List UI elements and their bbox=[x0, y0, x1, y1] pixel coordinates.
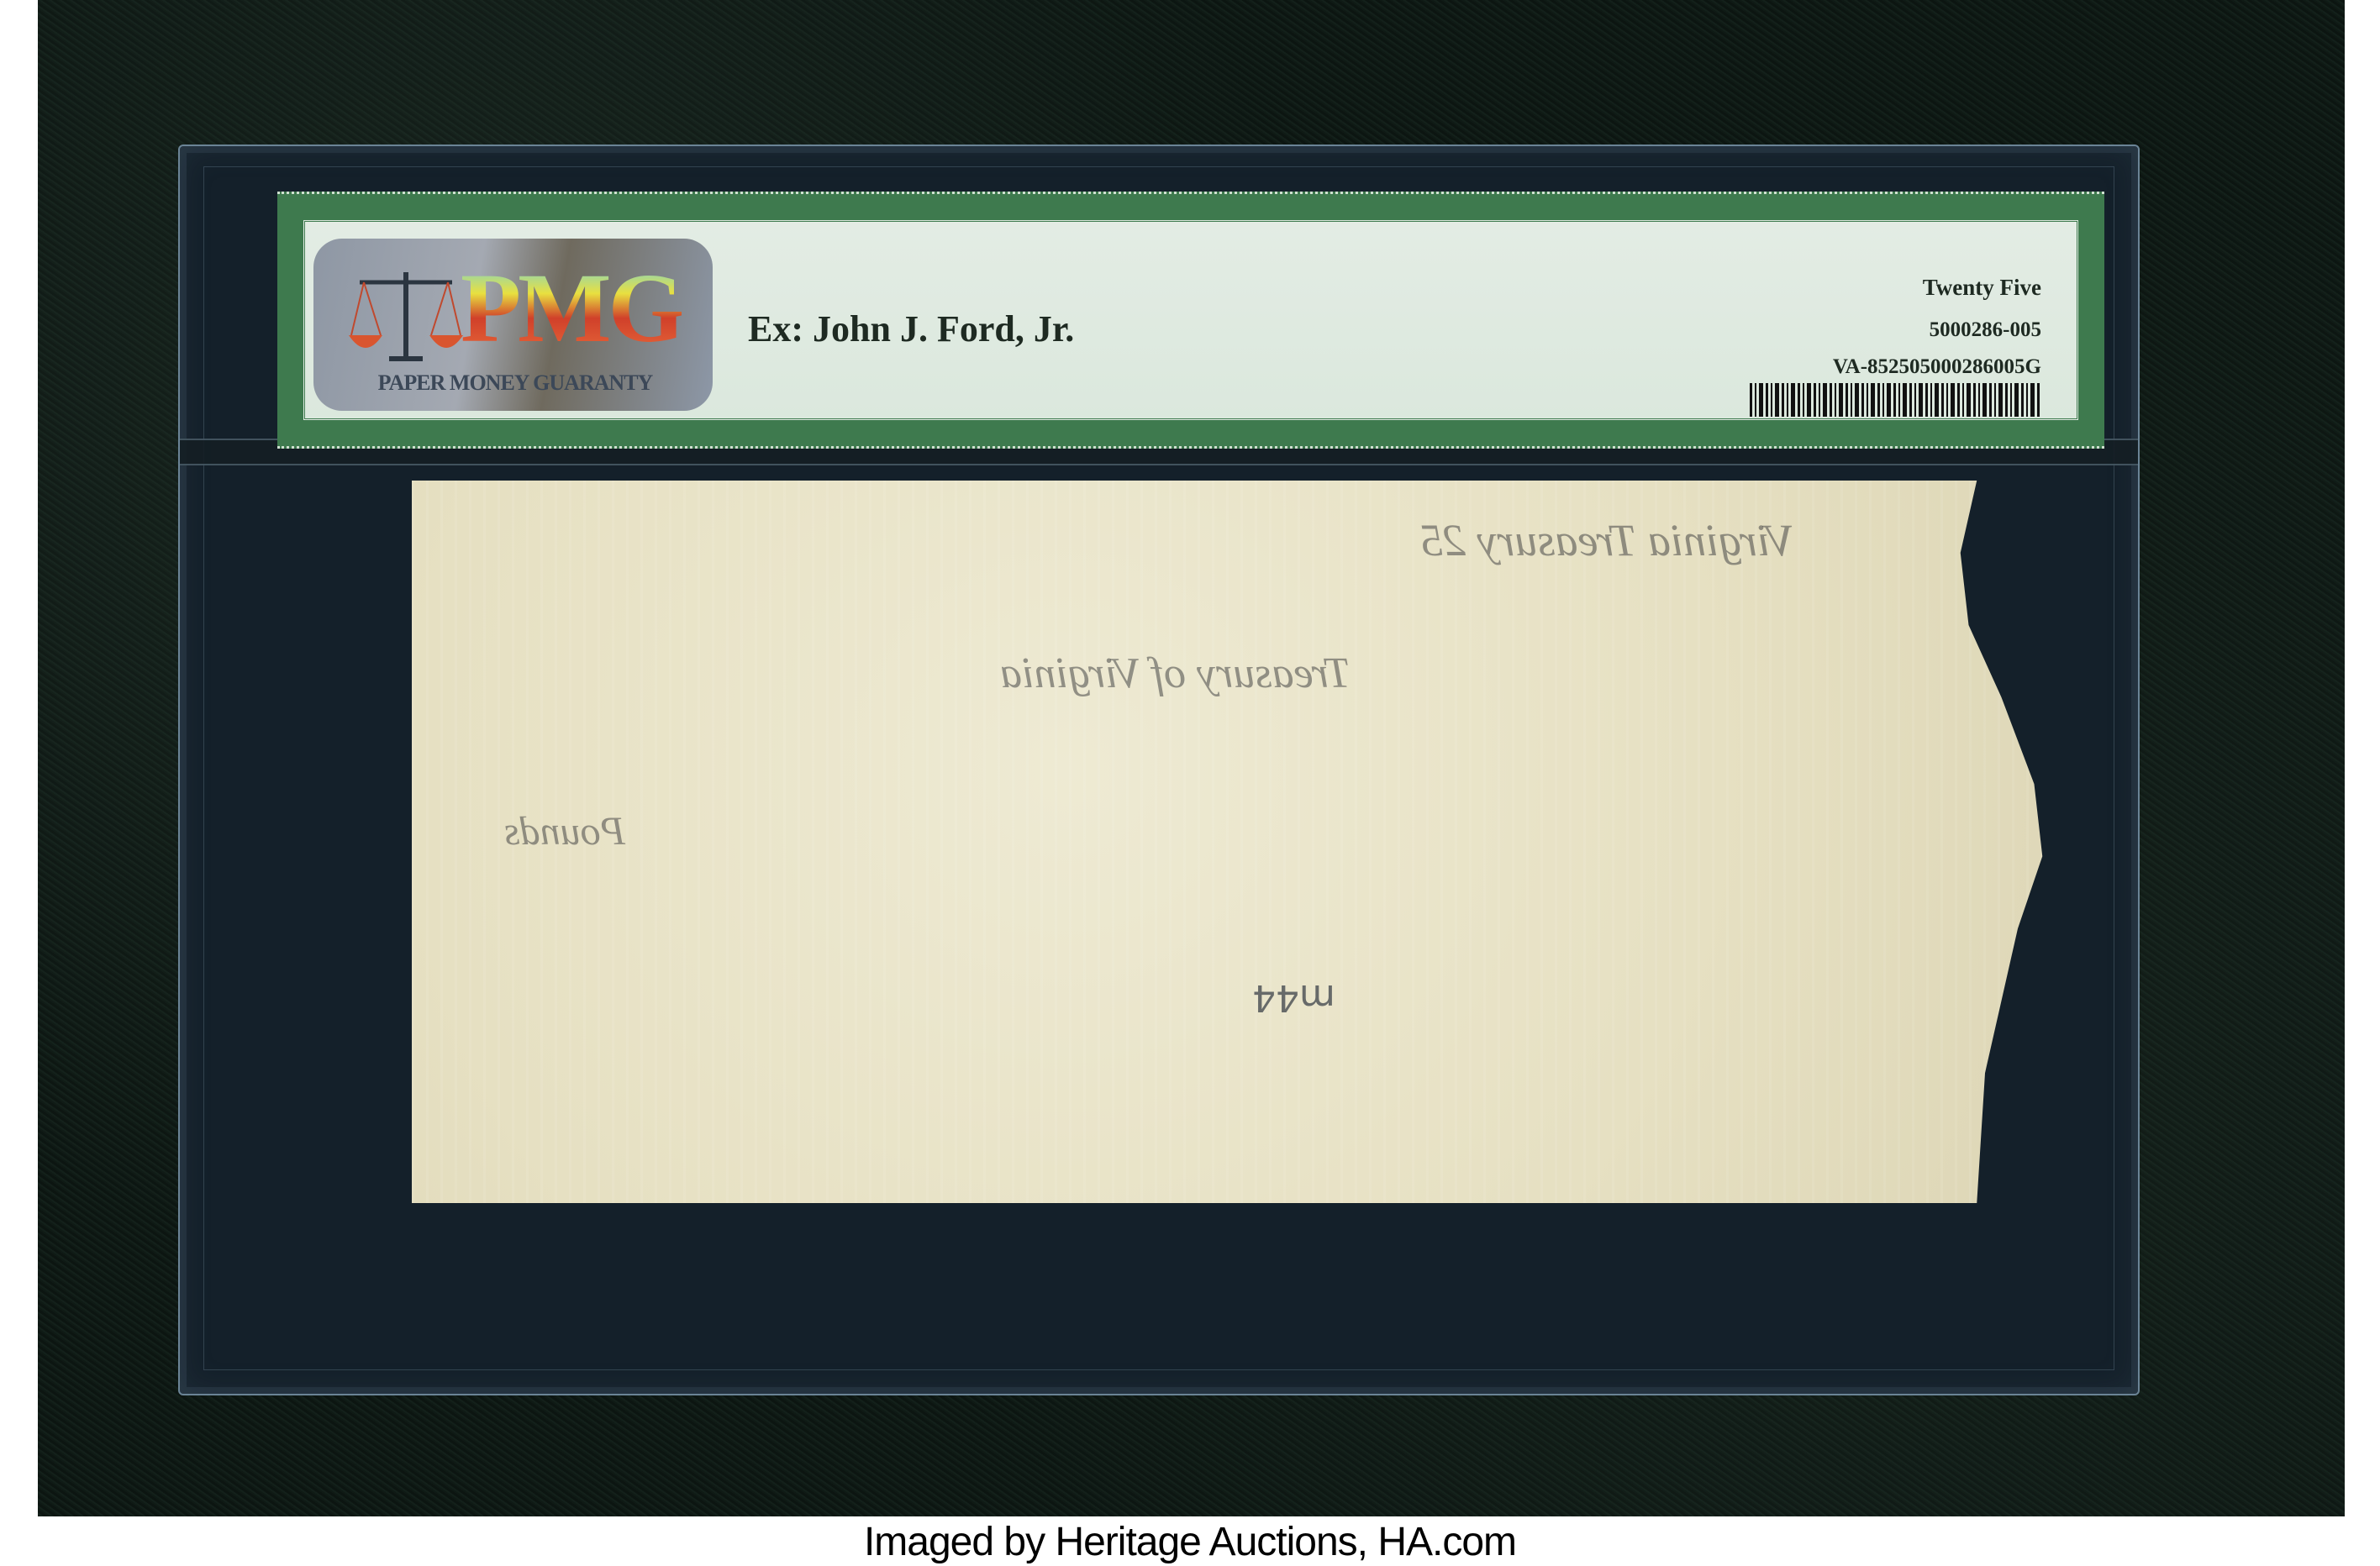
pmg-logo: PMG PAPER MONEY GUARANTY bbox=[313, 239, 713, 411]
pmg-wordmark: PMG bbox=[461, 259, 682, 358]
pedigree-text: Ex: John J. Ford, Jr. bbox=[748, 307, 1074, 350]
barcode-number: VA-852505000286005G bbox=[1833, 355, 2041, 380]
label-panel: PMG PAPER MONEY GUARANTY Ex: John J. For… bbox=[303, 219, 2079, 421]
denomination: Twenty Five bbox=[1833, 274, 2041, 301]
note-top-line: Virginia Treasury 25 bbox=[1420, 514, 1794, 566]
cert-number: 5000286-005 bbox=[1833, 318, 2041, 343]
scales-of-justice-icon bbox=[347, 264, 465, 373]
grading-label: PMG PAPER MONEY GUARANTY Ex: John J. For… bbox=[277, 192, 2104, 449]
image-credit-caption: Imaged by Heritage Auctions, HA.com bbox=[0, 1519, 2380, 1565]
label-details: Twenty Five 5000286-005 VA-8525050002860… bbox=[1833, 274, 2041, 380]
note-middle-line: Treasury of Virginia bbox=[1000, 649, 1351, 698]
pencil-notation: m44 bbox=[1252, 976, 1335, 1019]
note-lower-word: Pounds bbox=[504, 808, 625, 854]
banknote-back: Virginia Treasury 25 Treasury of Virgini… bbox=[412, 481, 2051, 1203]
barcode-icon bbox=[1750, 383, 2041, 417]
pmg-subtitle: PAPER MONEY GUARANTY bbox=[339, 370, 692, 396]
